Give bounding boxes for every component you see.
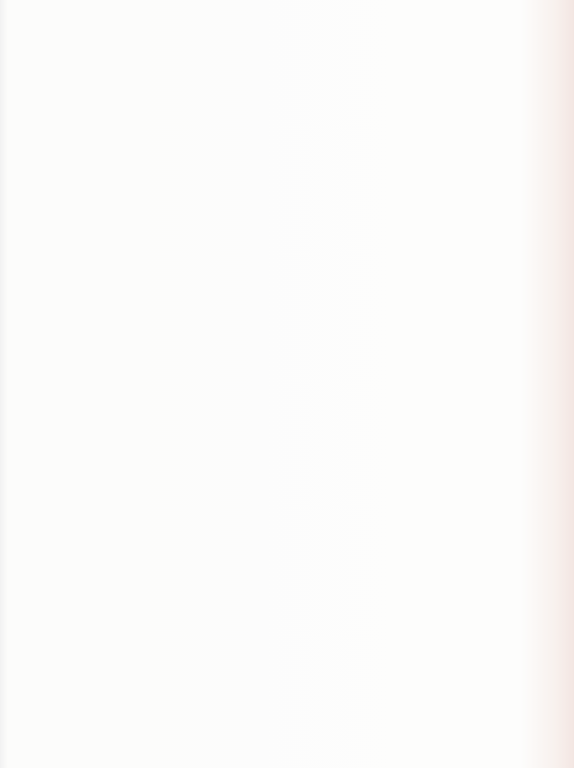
document-page	[0, 0, 574, 768]
